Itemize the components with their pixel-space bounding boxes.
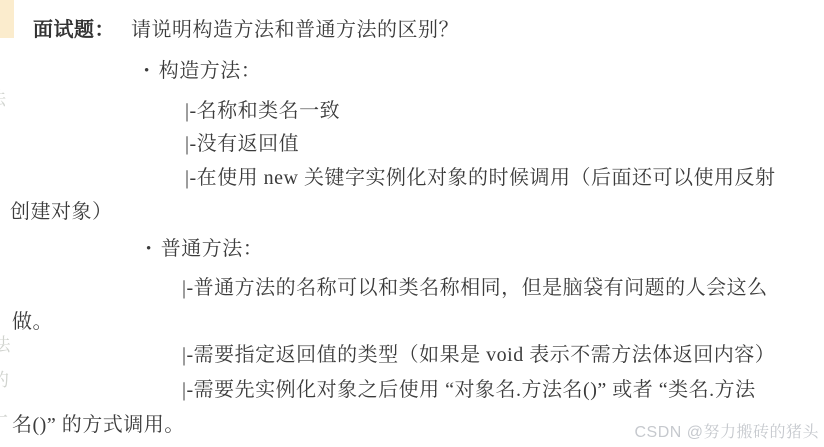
detail-line: |-没有返回值 <box>185 127 299 156</box>
detail-line: |-名称和类名一致 <box>185 94 340 123</box>
detail-line: |-需要先实例化对象之后使用 “对象名.方法名()” 或者 “类名.方法 <box>182 373 756 402</box>
document-page: 法 方法 的 一 面试题：请说明构造方法和普通方法的区别？ •构造方法： |-名… <box>0 0 824 447</box>
section-heading-constructor: •构造方法： <box>144 54 261 83</box>
question-text: 请说明构造方法和普通方法的区别？ <box>131 19 459 41</box>
detail-line: |-普通方法的名称可以和类名称相同，但是脑袋有问题的人会这么 <box>182 271 768 300</box>
edge-fragment: 一 <box>0 404 9 430</box>
section-heading-text: 构造方法： <box>159 60 262 82</box>
bullet-icon: • <box>144 63 150 79</box>
edge-fragment: 方法 <box>0 331 11 357</box>
question-line: 面试题：请说明构造方法和普通方法的区别？ <box>33 13 459 42</box>
continuation-line: 名()” 的方式调用。 <box>12 408 185 437</box>
question-label: 面试题： <box>33 19 115 41</box>
section-heading-text: 普通方法： <box>161 238 264 260</box>
csdn-watermark: CSDN @努力搬砖的猪头 <box>634 419 819 442</box>
detail-line: |-在使用 new 关键字实例化对象的时候调用（后面还可以使用反射 <box>185 161 775 190</box>
continuation-line: 创建对象） <box>10 195 113 224</box>
corner-accent-block <box>0 0 14 38</box>
continuation-line: 做。 <box>12 305 53 334</box>
detail-line: |-需要指定返回值的类型（如果是 void 表示不需方法体返回内容） <box>182 338 775 367</box>
bullet-icon: • <box>146 241 152 257</box>
edge-fragment: 的 <box>0 366 10 392</box>
section-heading-ordinary: •普通方法： <box>146 232 263 261</box>
edge-fragment: 法 <box>0 85 7 111</box>
